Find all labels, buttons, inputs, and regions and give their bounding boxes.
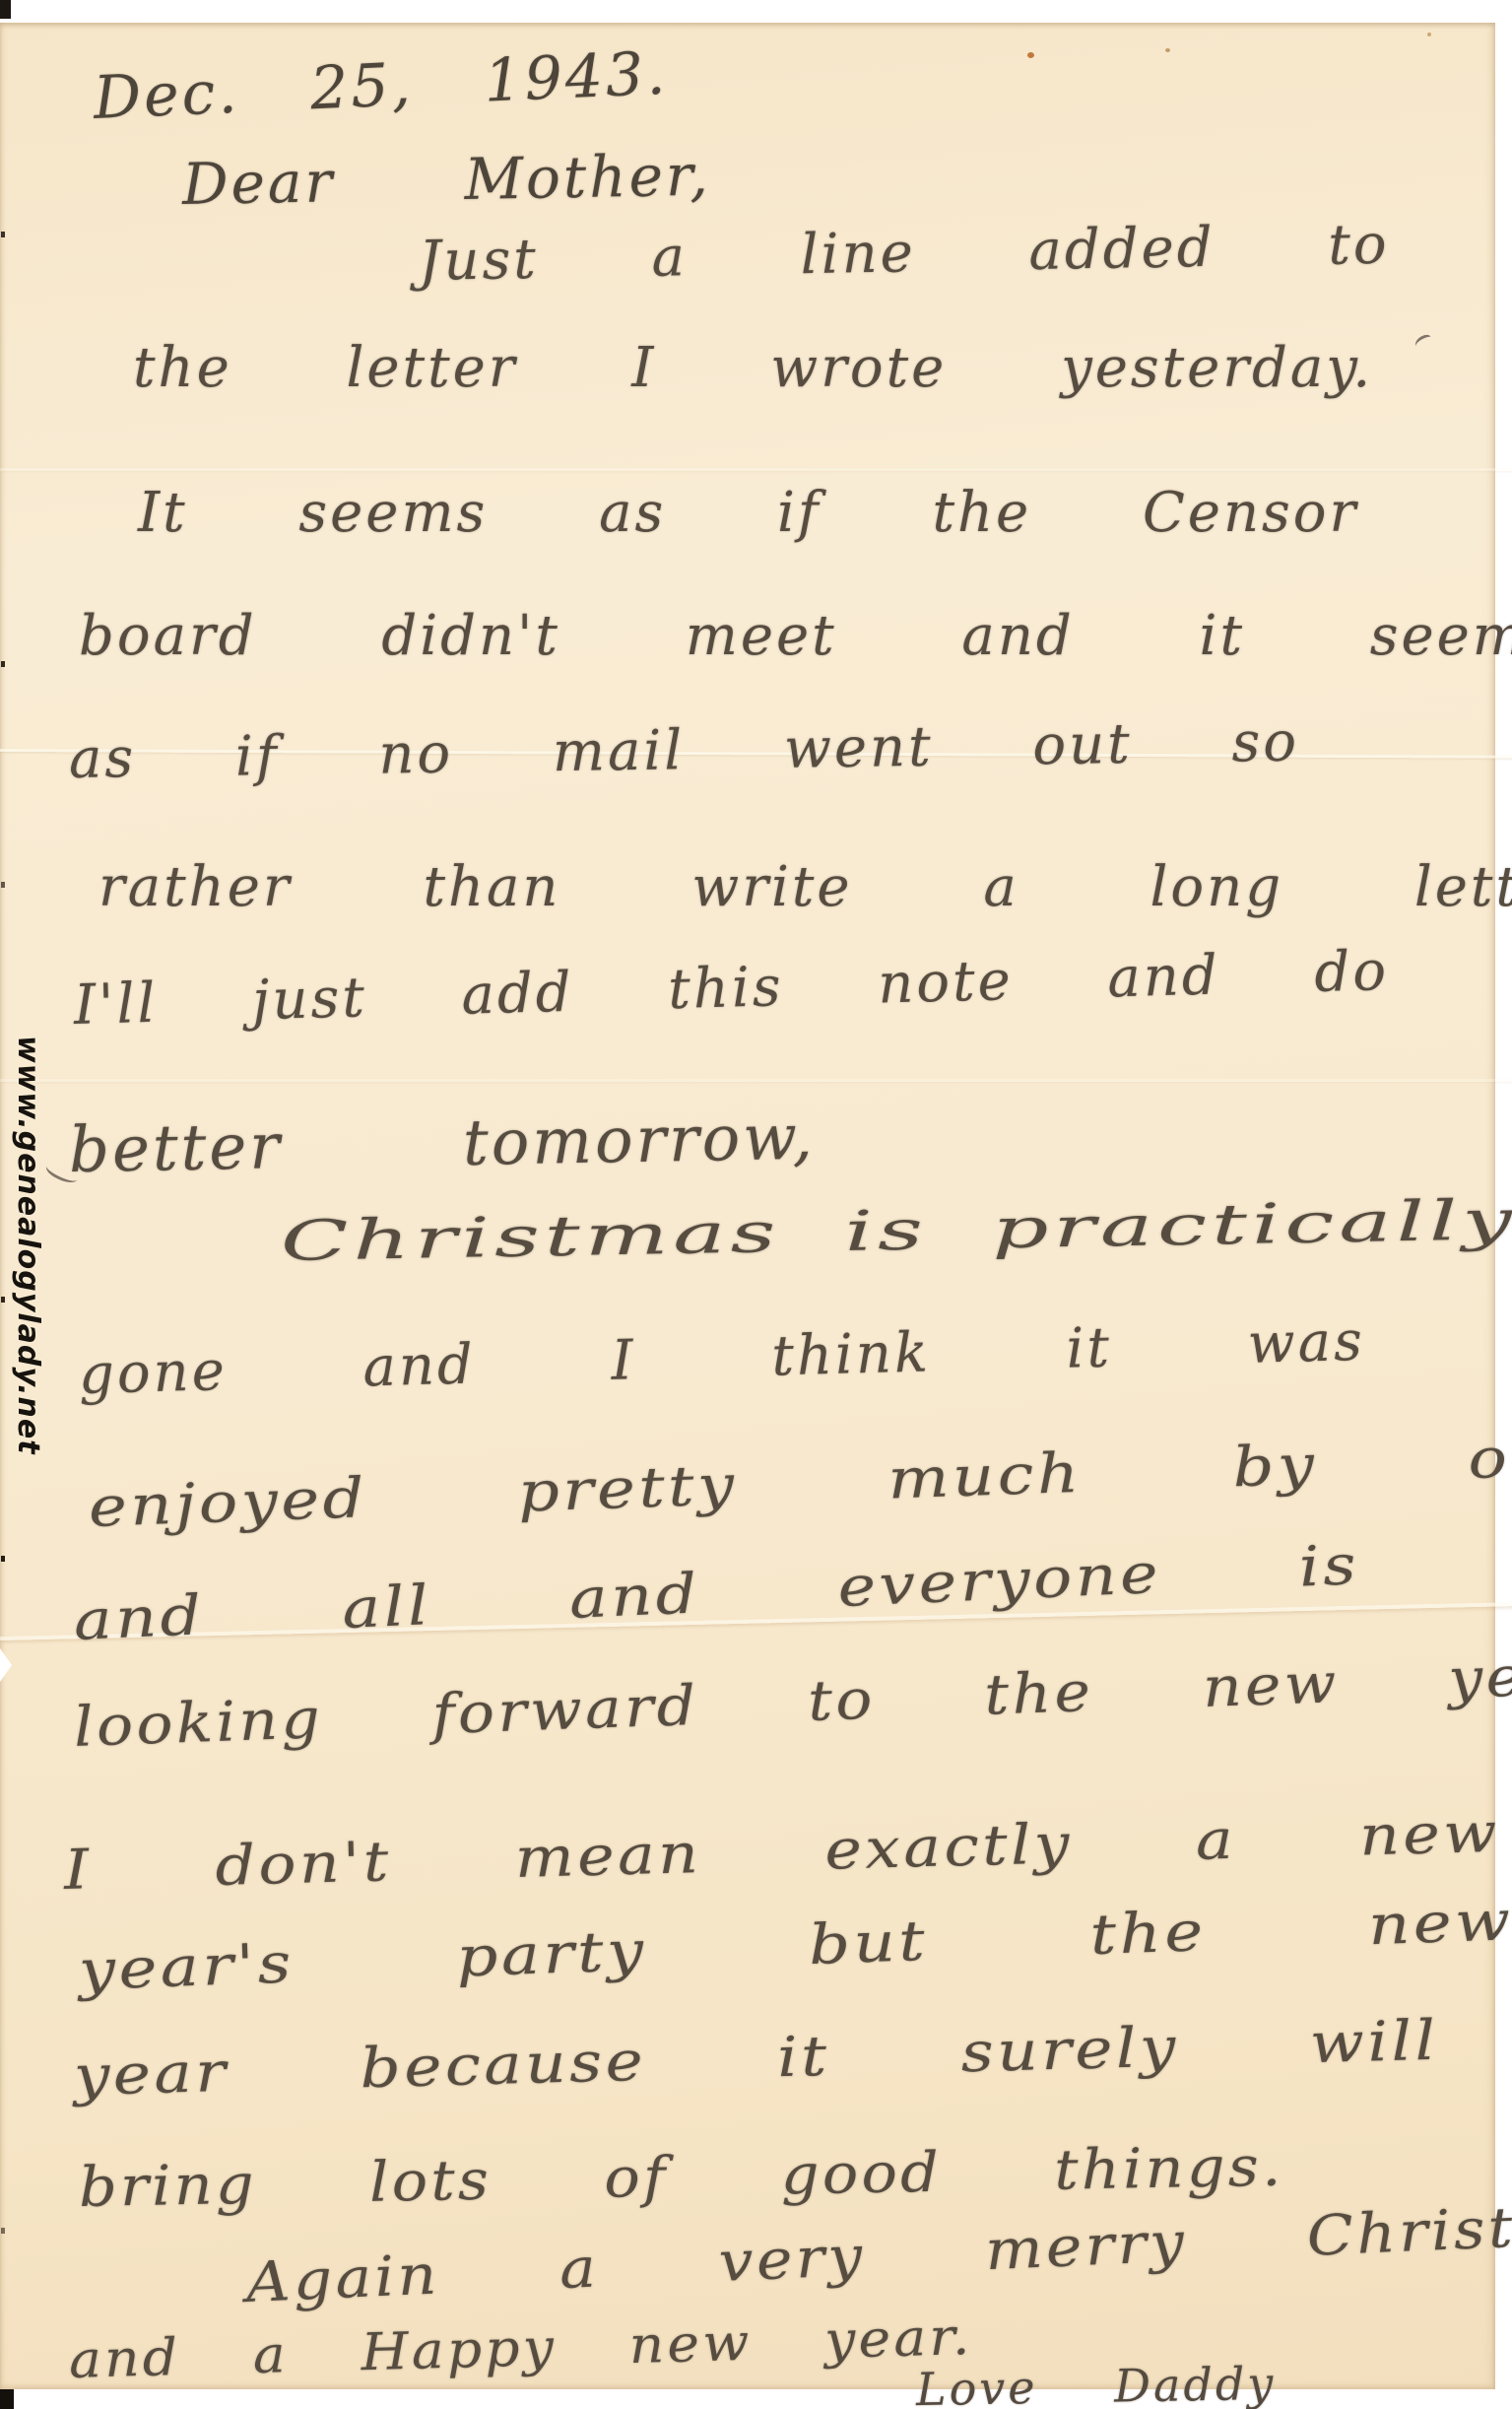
fold-crease [0,468,1512,471]
letter-line: Christmas is practically [280,1188,1512,1274]
letter-line: board didn't meet and it seems [79,604,1512,668]
stray-pencil-mark [1413,333,1433,351]
letter-line: year's party but the new [78,1889,1512,2003]
paper-stain-speck [1027,52,1034,58]
date-line: Dec. 25, 1943. [92,39,669,133]
signature: Love Daddy [916,2357,1277,2409]
letter-line: gone and I think it was [78,1309,1365,1407]
letter-line: better tomorrow, [68,1102,816,1187]
letter-line: looking forward to the new year. [73,1641,1512,1760]
salutation-line: Dear Mother, [181,142,711,218]
letter-line: enjoyed pretty much by one [88,1424,1512,1540]
letter-line: the letter I wrote yesterday. [133,336,1373,400]
scanner-corner-mark-bottom-left [0,2388,14,2409]
letter-line: as if no mail went out so [69,710,1300,791]
letter-line: bring lots of good things. [78,2135,1284,2220]
letter-line: It seems as if the Censor [138,481,1358,545]
watermark: www.genealogylady.net [11,1036,45,1455]
letter-line: Just a line added to [418,213,1390,294]
paper-stain-speck [1427,33,1431,36]
closing-line: and a Happy new year. [68,2308,973,2390]
letter-line: and all and everyone is [73,1533,1361,1653]
letter-paper: www.genealogylady.net Dec. 25, 1943. Dea… [0,23,1495,2389]
paper-stain-speck [1165,48,1170,52]
scanner-corner-mark-top-left [0,0,11,19]
letter-line: year because it surely will [73,2009,1439,2108]
letter-line: rather than write a long letter [99,855,1512,919]
ink-speck [1,232,5,237]
fold-crease [0,1079,1512,1082]
letter-line: I don't mean exactly a new [63,1801,1500,1903]
paper-notch [0,1648,12,1682]
scan-canvas: { "letter": { "lines": [ "Dec. 25, 1943.… [0,0,1512,2409]
letter-line: I'll just add this note and do [73,939,1390,1037]
